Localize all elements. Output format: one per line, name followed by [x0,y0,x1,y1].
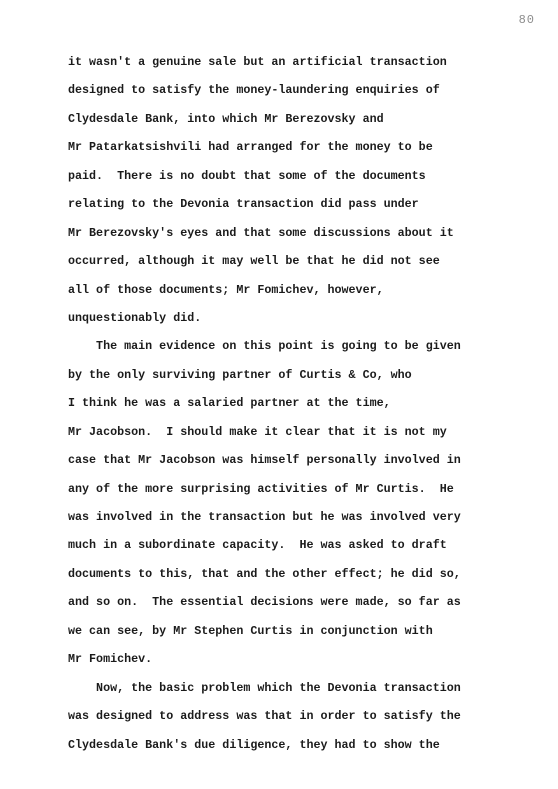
transcript-body: it wasn't a genuine sale but an artifici… [68,48,538,759]
transcript-line: Mr Jacobson. I should make it clear that… [68,418,538,446]
transcript-line: Mr Fomichev. [68,645,538,673]
transcript-line: any of the more surprising activities of… [68,475,538,503]
transcript-line: occurred, although it may well be that h… [68,247,538,275]
transcript-line: it wasn't a genuine sale but an artifici… [68,48,538,76]
transcript-line: The main evidence on this point is going… [68,332,538,360]
transcript-line: Mr Berezovsky's eyes and that some discu… [68,219,538,247]
transcript-line: Mr Patarkatsishvili had arranged for the… [68,133,538,161]
transcript-line: Clydesdale Bank's due diligence, they ha… [68,731,538,759]
transcript-line: documents to this, that and the other ef… [68,560,538,588]
transcript-line: designed to satisfy the money-laundering… [68,76,538,104]
transcript-line: relating to the Devonia transaction did … [68,190,538,218]
transcript-line: was involved in the transaction but he w… [68,503,538,531]
transcript-line: and so on. The essential decisions were … [68,588,538,616]
transcript-line: much in a subordinate capacity. He was a… [68,531,538,559]
transcript-line: Now, the basic problem which the Devonia… [68,674,538,702]
transcript-line: I think he was a salaried partner at the… [68,389,538,417]
transcript-line: paid. There is no doubt that some of the… [68,162,538,190]
transcript-line: unquestionably did. [68,304,538,332]
transcript-line: we can see, by Mr Stephen Curtis in conj… [68,617,538,645]
transcript-line: all of those documents; Mr Fomichev, how… [68,276,538,304]
transcript-line: case that Mr Jacobson was himself person… [68,446,538,474]
transcript-line: was designed to address was that in orde… [68,702,538,730]
transcript-page: 80 it wasn't a genuine sale but an artif… [0,0,558,789]
transcript-line: Clydesdale Bank, into which Mr Berezovsk… [68,105,538,133]
page-number: 80 [519,13,535,27]
transcript-line: by the only surviving partner of Curtis … [68,361,538,389]
